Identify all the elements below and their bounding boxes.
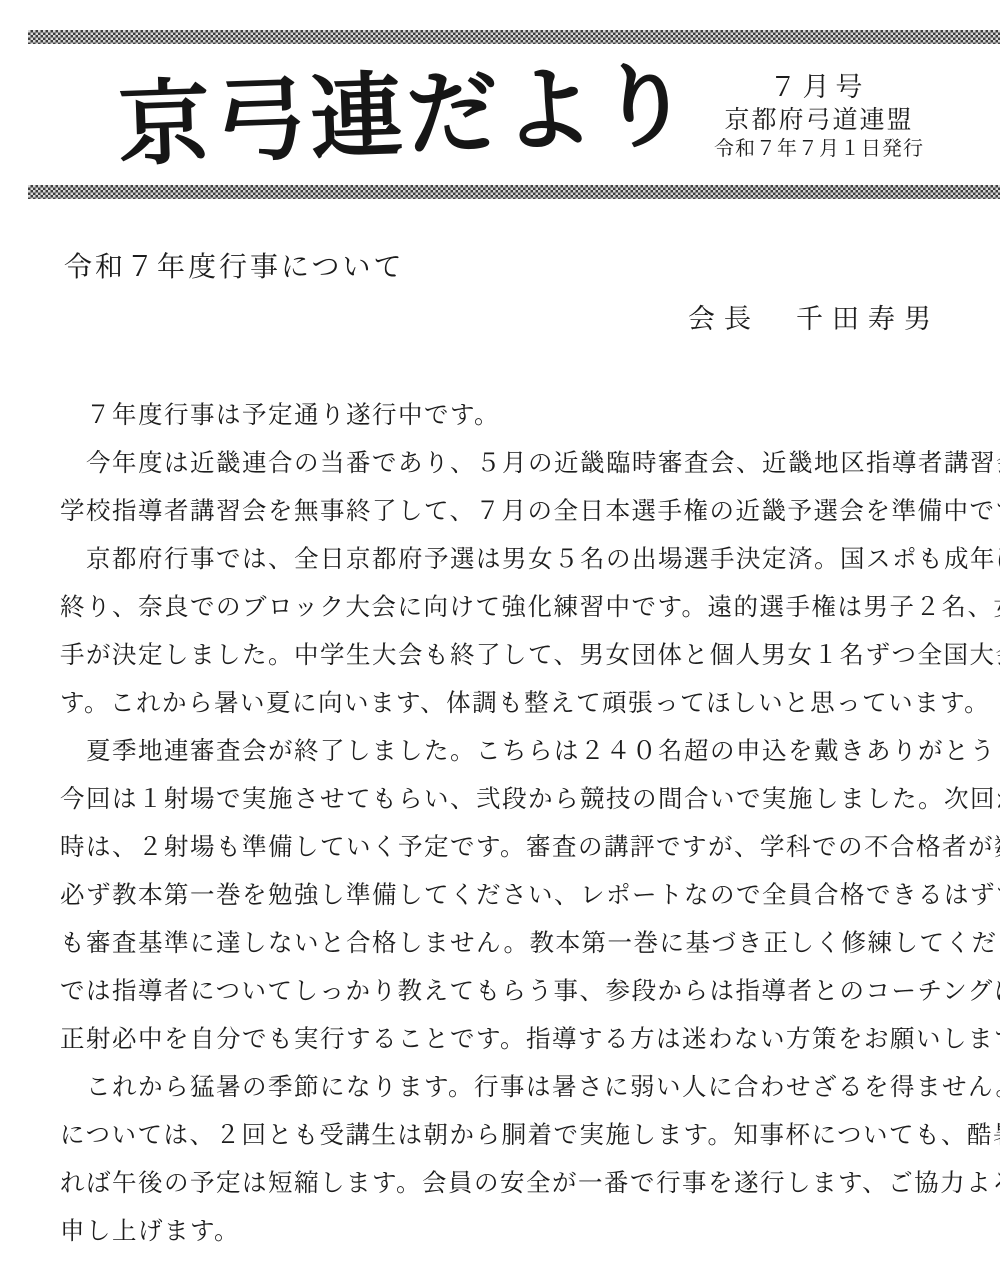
article-text-line: では指導者についてしっかり教えてもらう事、参段からは指導者とのコーチングになりま… bbox=[60, 968, 968, 1016]
article-text-line: す。これから暑い夏に向います、体調も整えて頑張ってほしいと思っています。 bbox=[60, 680, 968, 728]
newsletter-page: 京弓連だより ７月号 京都府弓道連盟 令和７年７月１日発行 令和７年度行事につい… bbox=[0, 0, 1000, 1264]
article-text-line: 学校指導者講習会を無事終了して、７月の全日本選手権の近畿予選会を準備中です。 bbox=[60, 488, 968, 536]
article-text-line: 夏季地連審査会が終了しました。こちらは２４０名超の申込を戴きありがとうございまし… bbox=[60, 728, 968, 776]
article-text-line: れば午後の予定は短縮します。会員の安全が一番で行事を遂行します、ご協力よろしくお… bbox=[60, 1160, 968, 1208]
article-text-line: 申し上げます。 bbox=[60, 1208, 968, 1256]
publication-date: 令和７年７月１日発行 bbox=[688, 138, 950, 162]
article-text-line: ７年度行事は予定通り遂行中です。 bbox=[60, 392, 968, 440]
article-text-line: 正射必中を自分でも実行することです。指導する方は迷わない方策をお願いします。 bbox=[60, 1016, 968, 1064]
article-text-line: 京都府行事では、全日京都府予選は男女５名の出場選手決定済。国スポも成年は選手選考… bbox=[60, 536, 968, 584]
article-text-line: 必ず教本第一巻を勉強し準備してください、レポートなので全員合格できるはずです。術… bbox=[60, 872, 968, 920]
article-text-line: 終り、奈良でのブロック大会に向けて強化練習中です。遠的選手権は男子２名、女子３名… bbox=[60, 584, 968, 632]
article-byline: 会長 千田寿男 bbox=[0, 302, 940, 336]
issue-number: ７月号 bbox=[688, 72, 950, 104]
masthead: 京弓連だより ７月号 京都府弓道連盟 令和７年７月１日発行 bbox=[0, 0, 1000, 212]
article: 令和７年度行事について 会長 千田寿男 ７年度行事は予定通り遂行中です。 今年度… bbox=[0, 250, 1000, 1256]
decorative-hatch-band-bottom bbox=[28, 185, 1000, 199]
article-text-line: については、２回とも受講生は朝から胴着で実施します。知事杯についても、酷暑が予想… bbox=[60, 1112, 968, 1160]
article-heading: 令和７年度行事について bbox=[64, 250, 1000, 286]
article-text-line: 今年度は近畿連合の当番であり、５月の近畿臨時審査会、近畿地区指導者講習会、近畿地… bbox=[60, 440, 968, 488]
article-text-line: 今回は１射場で実施させてもらい、弐段から競技の間合いで実施しました。次回から申込… bbox=[60, 776, 968, 824]
organization-name: 京都府弓道連盟 bbox=[688, 106, 950, 136]
article-text-line: これから猛暑の季節になります。行事は暑さに弱い人に合わせざるを得ません。伝達講習… bbox=[60, 1064, 968, 1112]
masthead-title: 京弓連だより bbox=[116, 32, 680, 183]
article-body: ７年度行事は予定通り遂行中です。 今年度は近畿連合の当番であり、５月の近畿臨時審… bbox=[60, 392, 968, 1256]
article-text-line: 時は、２射場も準備していく予定です。審査の講評ですが、学科での不合格者が数名出ま… bbox=[60, 824, 968, 872]
article-text-line: も審査基準に達しないと合格しません。教本第一巻に基づき正しく修練してください。弐… bbox=[60, 920, 968, 968]
issue-info-block: ７月号 京都府弓道連盟 令和７年７月１日発行 bbox=[688, 72, 950, 162]
article-text-line: 手が決定しました。中学生大会も終了して、男女団体と個人男女１名ずつ全国大会に出場… bbox=[60, 632, 968, 680]
